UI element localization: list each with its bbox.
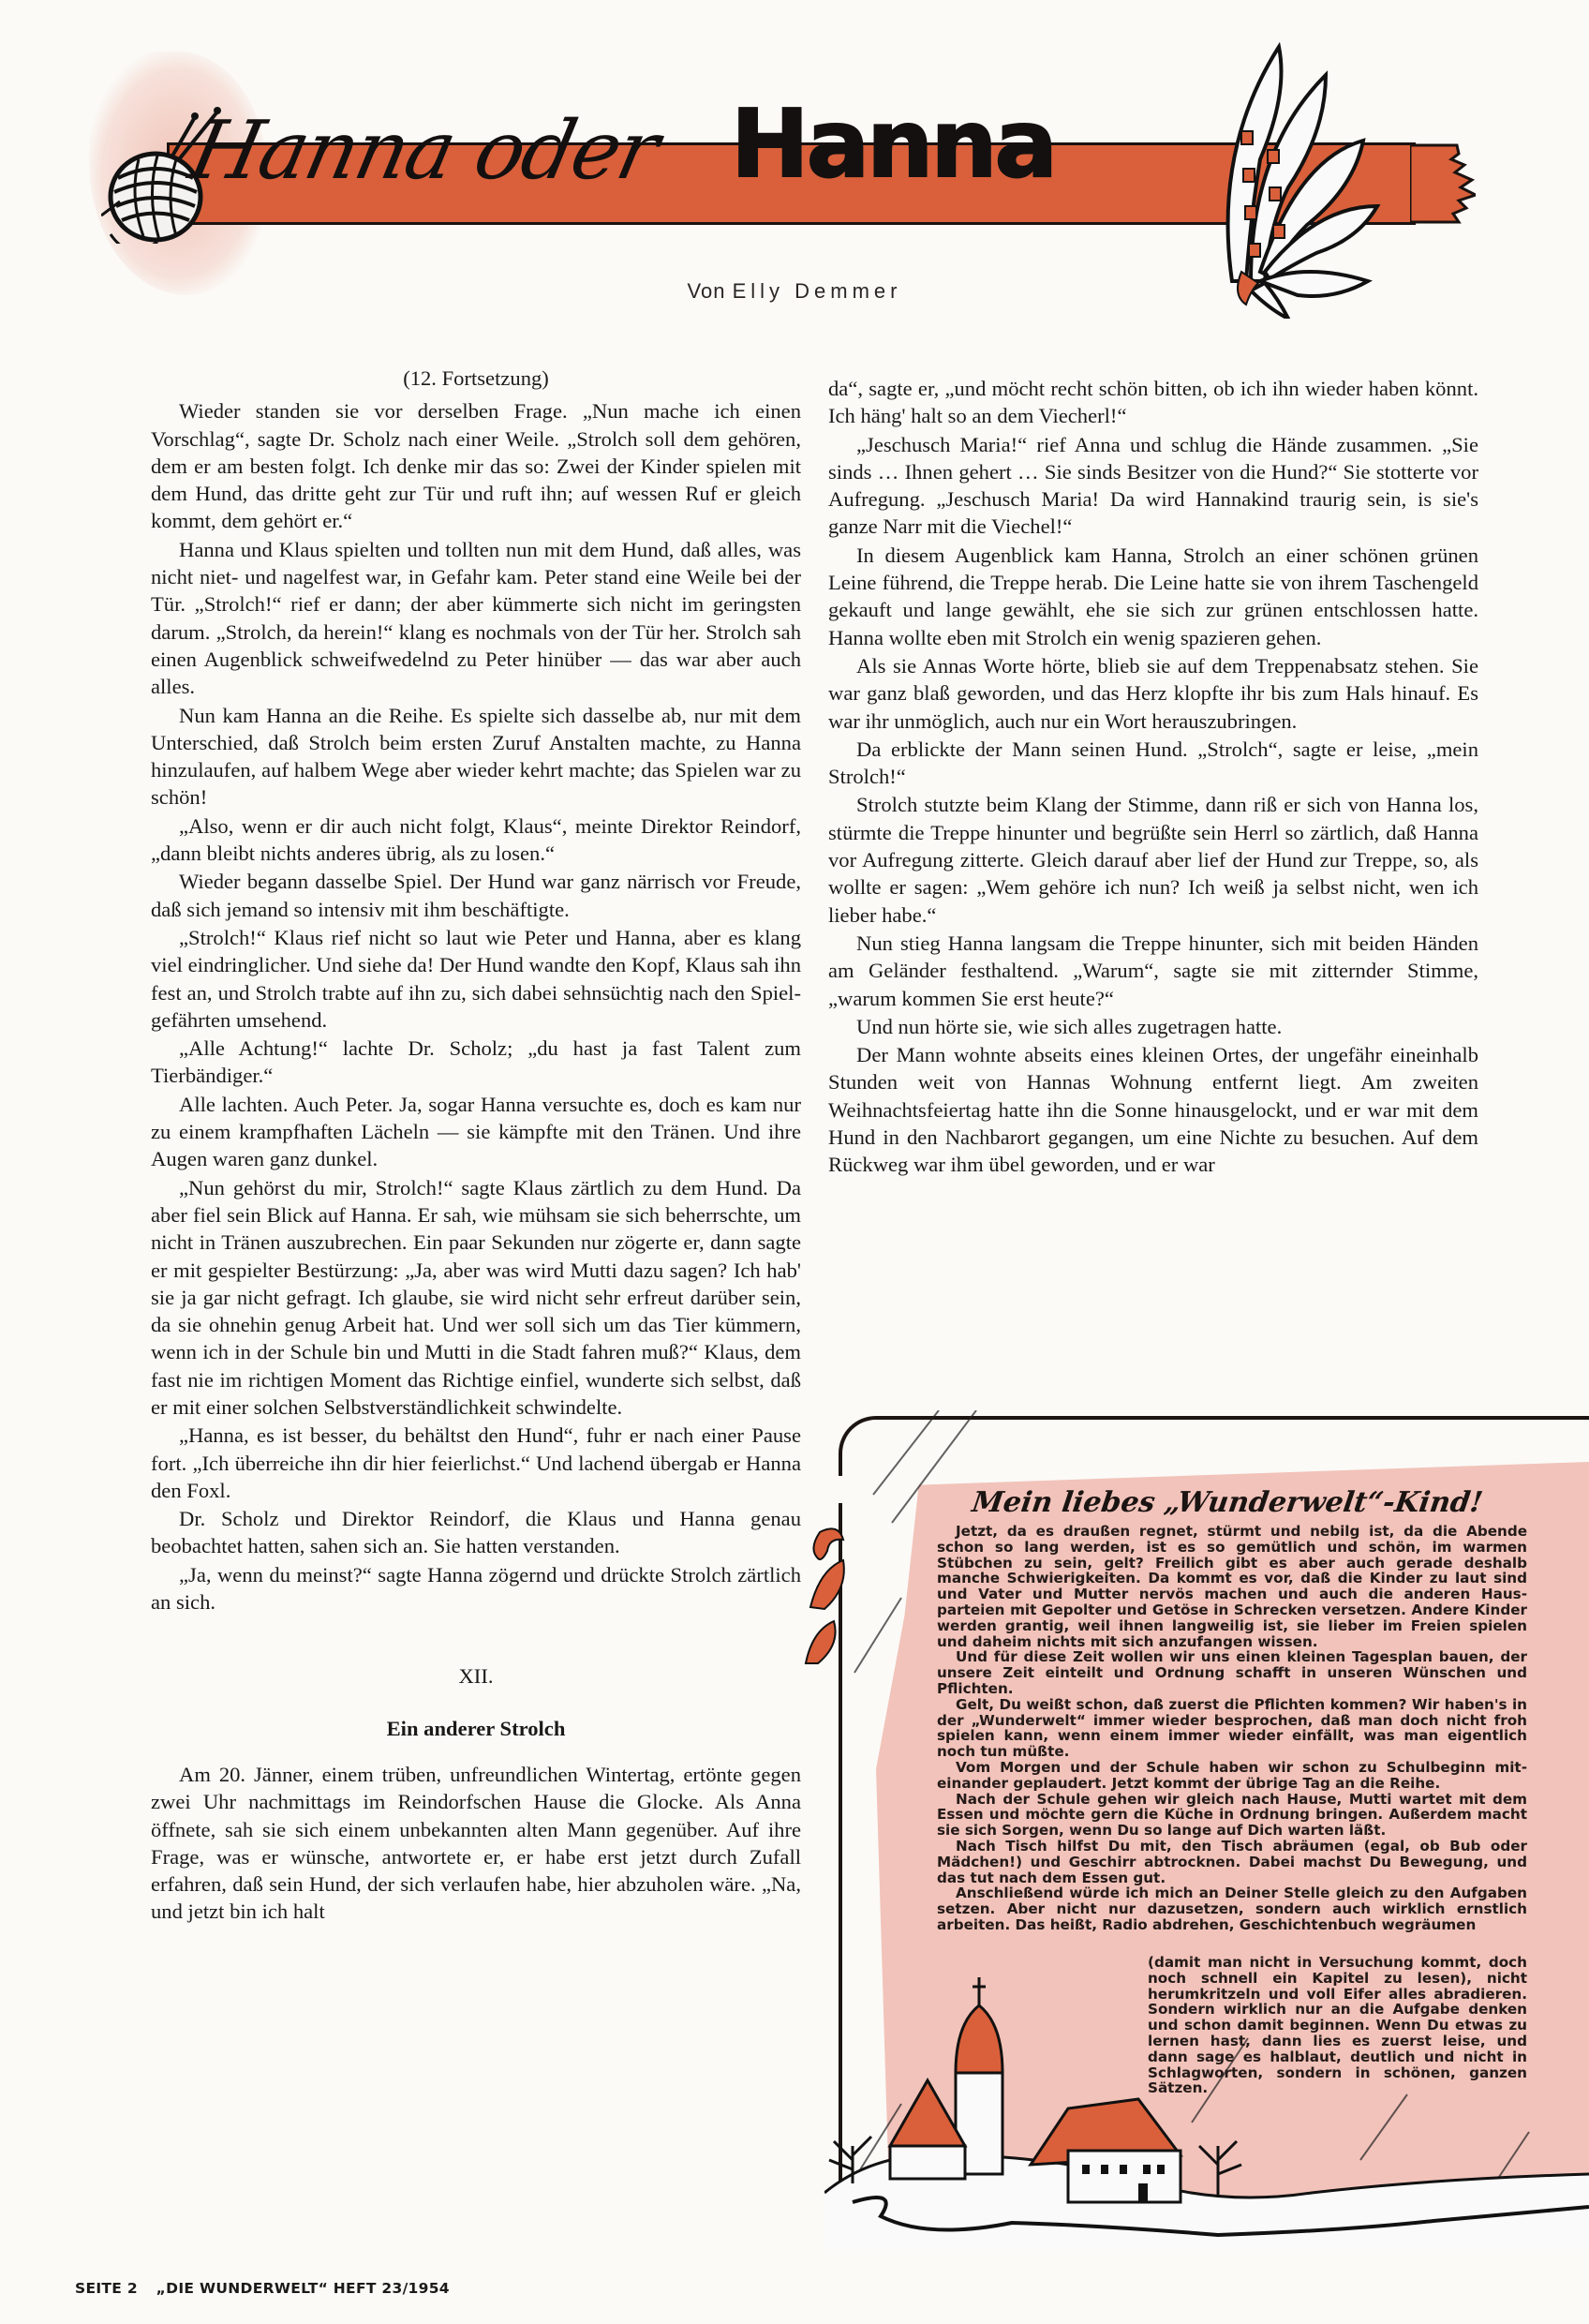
story-paragraph: Hanna und Klaus spielten und tollten nun… bbox=[151, 536, 801, 701]
story-paragraph: Wieder begann dasselbe Spiel. Der Hund w… bbox=[151, 868, 801, 923]
story-paragraph: Alle lachten. Auch Peter. Ja, sogar Hann… bbox=[151, 1091, 801, 1173]
letter-paragraph: Gelt, Du weißt schon, daß zuerst die Pfl… bbox=[937, 1697, 1527, 1760]
story-paragraph: Und nun hörte sie, wie sich alles zugetr… bbox=[828, 1013, 1478, 1040]
story-paragraph: „Also, wenn er dir auch nicht folgt, Kla… bbox=[151, 812, 801, 868]
story-paragraph: Am 20. Jänner, einem trüben, unfreundlic… bbox=[151, 1761, 801, 1926]
chapter-title: Ein anderer Strolch bbox=[151, 1715, 801, 1742]
letter-paragraph: Nach der Schule gehen wir gleich nach Ha… bbox=[937, 1792, 1527, 1839]
title-block-text: Hanna bbox=[731, 97, 1055, 191]
publication-name: „DIE WUNDERWELT“ bbox=[156, 2280, 328, 2297]
byline-prefix: Von bbox=[688, 279, 726, 303]
story-paragraph: „Nun gehörst du mir, Strolch!“ sagte Kla… bbox=[151, 1174, 801, 1422]
letter-body: Jetzt, da es draußen regnet, stürmt und … bbox=[937, 1524, 1527, 1933]
letter-paragraph: Nach Tisch hilfst Du mit, den Tisch abrä… bbox=[937, 1839, 1527, 1885]
falling-leaves-icon bbox=[801, 1523, 857, 1682]
story-paragraph: Nun kam Hanna an die Reihe. Es spielte s… bbox=[151, 702, 801, 812]
story-paragraph: Dr. Scholz und Direktor Reindorf, die Kl… bbox=[151, 1505, 801, 1560]
story-paragraph: „Ja, wenn du meinst?“ sagte Hanna zögern… bbox=[151, 1561, 801, 1616]
issue-number: HEFT 23/1954 bbox=[334, 2280, 450, 2297]
letter-paragraph: Und für diese Zeit wollen wir uns einen … bbox=[937, 1649, 1527, 1696]
installment-label: (12. Fortsetzung) bbox=[151, 365, 801, 392]
story-paragraph: Der Mann wohnte abseits eines kleinen Or… bbox=[828, 1041, 1478, 1178]
story-column-left: (12. Fortsetzung) Wieder standen sie vor… bbox=[151, 365, 801, 1927]
letter-paragraph: Jetzt, da es draußen regnet, stürmt und … bbox=[937, 1524, 1527, 1649]
story-paragraph: In diesem Augenblick kam Hanna, Strolch … bbox=[828, 542, 1478, 651]
story-paragraph: da“, sagte er, „und möcht recht schön bi… bbox=[828, 375, 1478, 430]
chapter-number: XII. bbox=[151, 1662, 801, 1690]
story-paragraph: „Jeschusch Maria!“ rief Anna und schlug … bbox=[828, 431, 1478, 541]
page-footer: SEITE 2 „DIE WUNDERWELT“ HEFT 23/1954 bbox=[75, 2280, 450, 2297]
story-paragraph: „Hanna, es ist besser, du behältst den H… bbox=[151, 1422, 801, 1504]
story-column-right: da“, sagte er, „und möcht recht schön bi… bbox=[828, 375, 1478, 1180]
story-paragraph: Wieder standen sie vor derselben Frage. … bbox=[151, 397, 801, 534]
story-paragraph: Als sie Annas Worte hörte, blieb sie auf… bbox=[828, 652, 1478, 735]
story-paragraph: Nun stieg Hanna langsam die Treppe hinun… bbox=[828, 930, 1478, 1012]
title-script-text: Hanna oder bbox=[184, 111, 664, 191]
story-paragraph: „Strolch!“ Klaus rief nicht so laut wie … bbox=[151, 924, 801, 1034]
letter-title: Mein liebes „Wunderwelt“-Kind! bbox=[926, 1486, 1530, 1519]
letter-paragraph: Anschließend würde ich mich an Deiner St… bbox=[937, 1885, 1527, 1932]
page-number: SEITE 2 bbox=[75, 2280, 138, 2297]
byline-author: Elly Demmer bbox=[733, 279, 902, 303]
story-paragraph: Da erblickte der Mann seinen Hund. „Stro… bbox=[828, 736, 1478, 791]
feather-headdress-icon bbox=[1176, 37, 1391, 319]
banner-torn-edge-icon bbox=[1410, 142, 1476, 225]
story-paragraph: „Alle Achtung!“ lachte Dr. Scholz; „du h… bbox=[151, 1035, 801, 1090]
letter-paragraph: Vom Morgen und der Schule haben wir scho… bbox=[937, 1760, 1527, 1792]
story-paragraph: Strolch stutzte beim Klang der Stimme, d… bbox=[828, 791, 1478, 928]
byline: Von Elly Demmer bbox=[0, 279, 1589, 304]
village-church-illustration-icon bbox=[824, 1968, 1589, 2249]
